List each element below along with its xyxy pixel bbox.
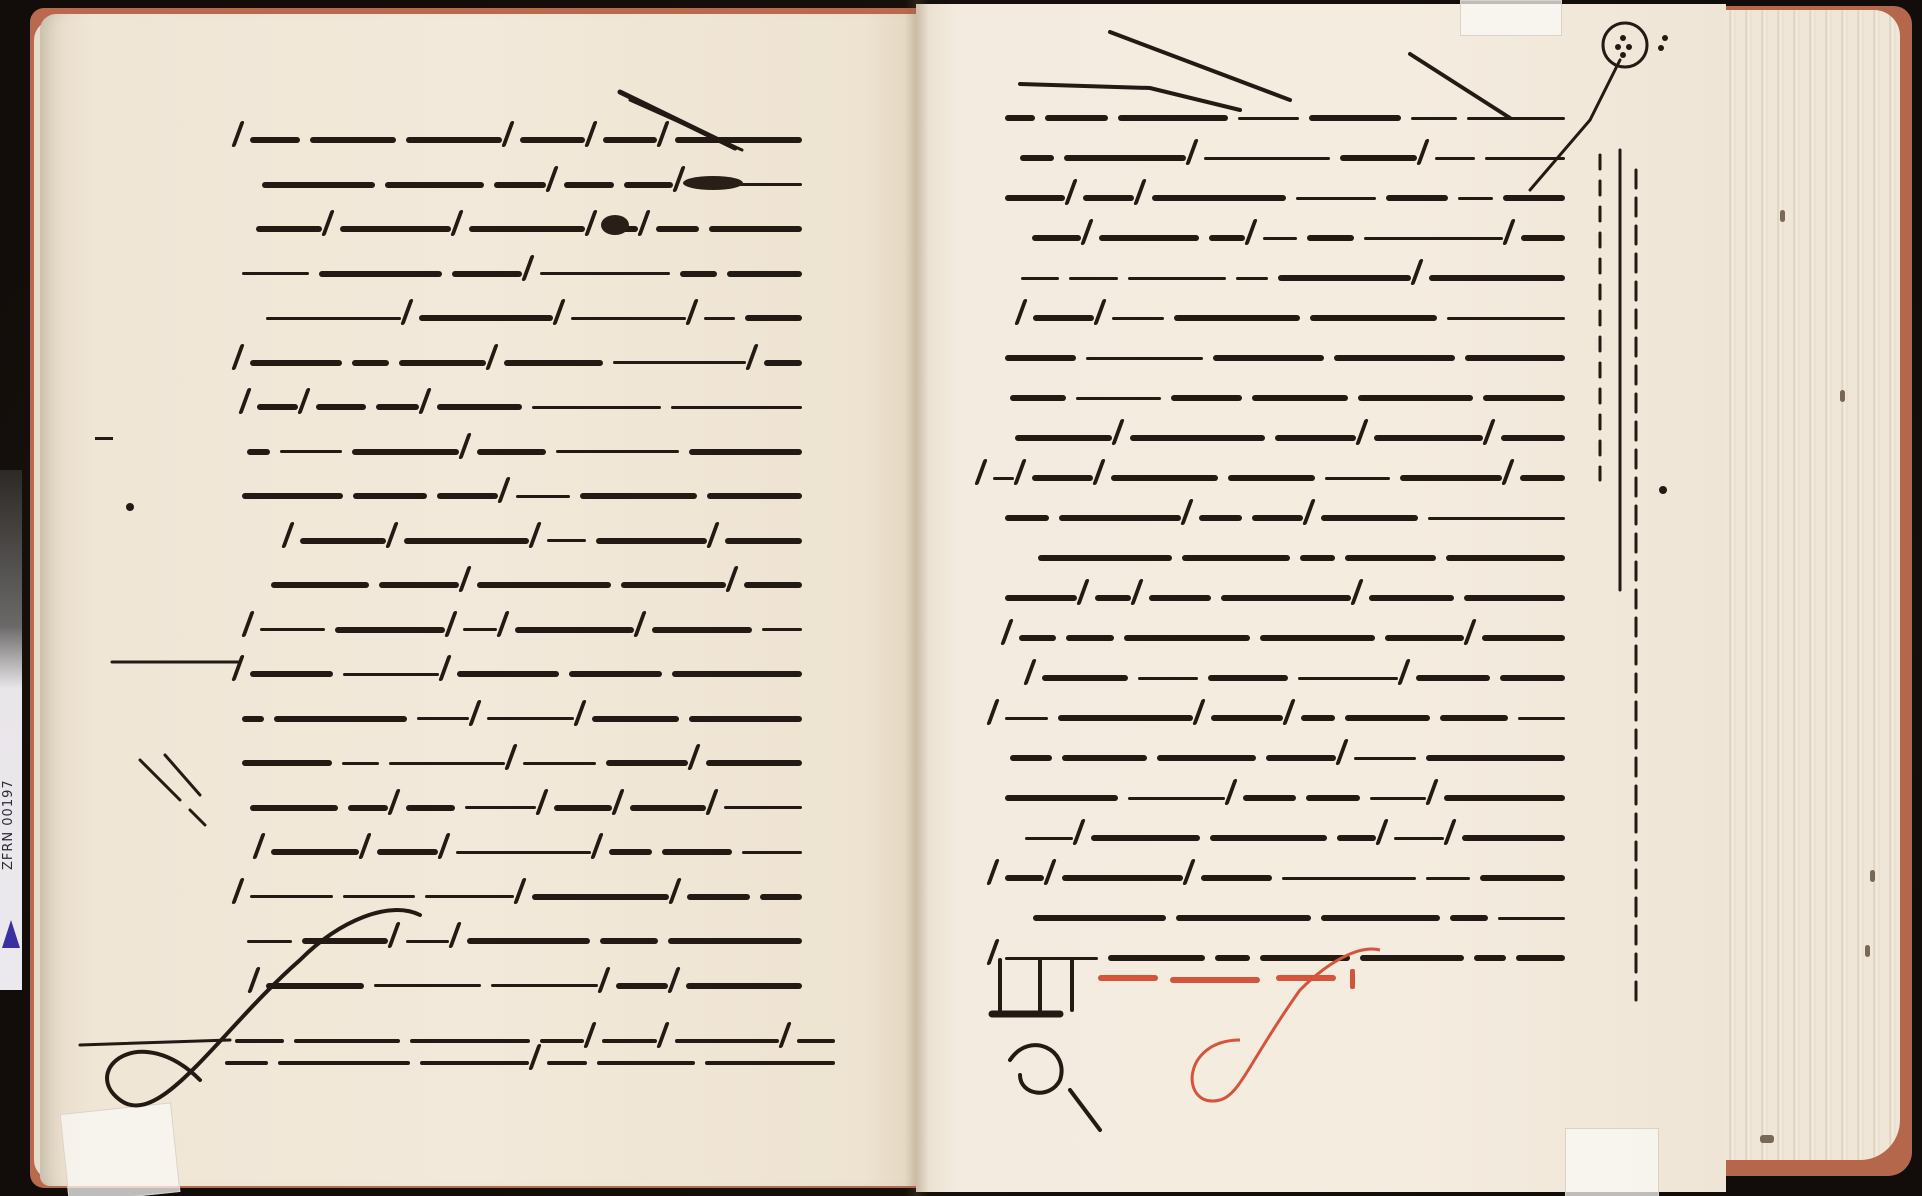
header-flourish-right (1020, 32, 1620, 190)
red-loop-mark (1192, 949, 1380, 1101)
vertical-margin-annotation (1600, 150, 1667, 1000)
pen-flourishes (0, 0, 1922, 1196)
bottom-loop-flourish (80, 910, 420, 1105)
header-flourish-left (620, 92, 742, 150)
struck-annotation (992, 960, 1100, 1130)
left-margin-notes (112, 662, 240, 825)
ink-blots (601, 176, 743, 235)
circled-dots-ornament (1603, 23, 1668, 67)
left-margin-marks (95, 437, 134, 511)
